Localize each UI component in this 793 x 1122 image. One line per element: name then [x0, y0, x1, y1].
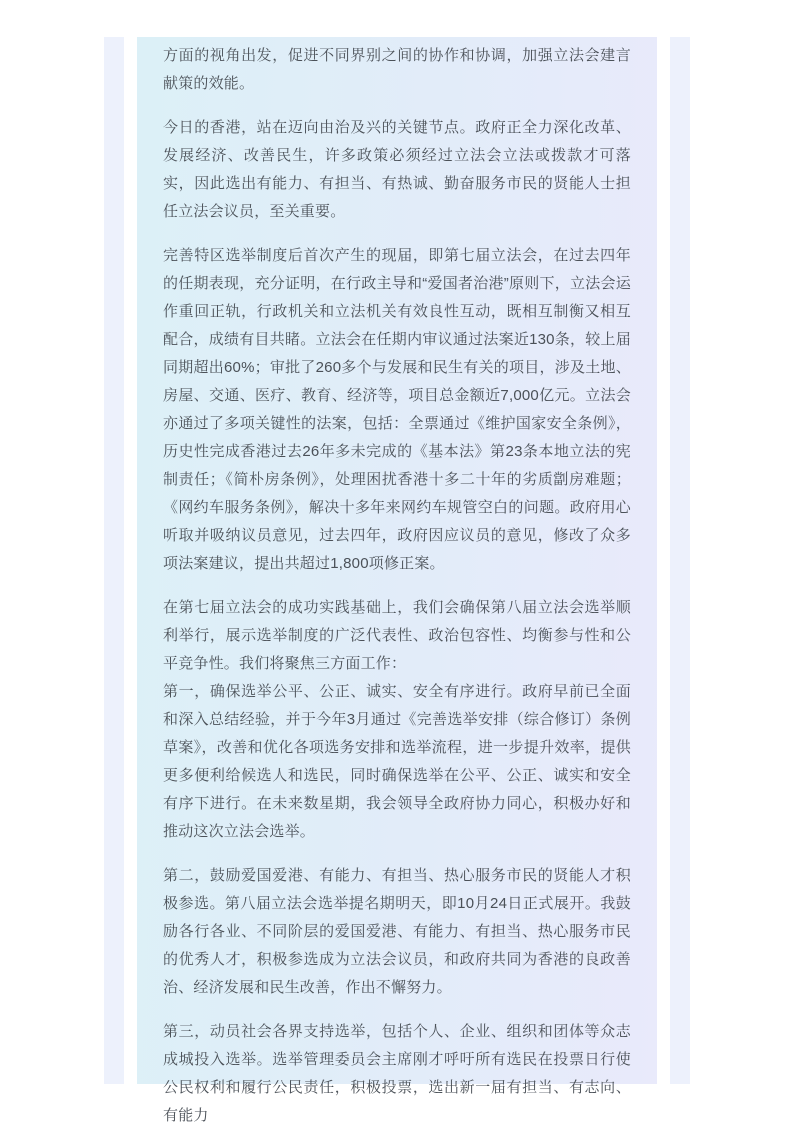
right-decor-strip: [670, 37, 690, 1084]
page-background: 方面的视角出发，促进不同界别之间的协作和协调，加强立法会建言献策的效能。 今日的…: [0, 0, 793, 1122]
left-decor-strip: [104, 37, 124, 1084]
article-paragraph-1: 方面的视角出发，促进不同界别之间的协作和协调，加强立法会建言献策的效能。: [163, 42, 631, 98]
article-paragraph-4: 在第七届立法会的成功实践基础上，我们会确保第八届立法会选举顺利举行，展示选举制度…: [163, 594, 631, 846]
article-paragraph-5: 第二，鼓励爱国爱港、有能力、有担当、热心服务市民的贤能人才积极参选。第八届立法会…: [163, 862, 631, 1002]
article-paragraph-6: 第三，动员社会各界支持选举，包括个人、企业、组织和团体等众志成城投入选举。选举管…: [163, 1018, 631, 1122]
article-paragraph-3: 完善特区选举制度后首次产生的现届，即第七届立法会，在过去四年的任期表现，充分证明…: [163, 242, 631, 578]
article-paragraph-2: 今日的香港，站在迈向由治及兴的关键节点。政府正全力深化改革、发展经济、改善民生，…: [163, 114, 631, 226]
article-panel: 方面的视角出发，促进不同界别之间的协作和协调，加强立法会建言献策的效能。 今日的…: [137, 37, 657, 1084]
